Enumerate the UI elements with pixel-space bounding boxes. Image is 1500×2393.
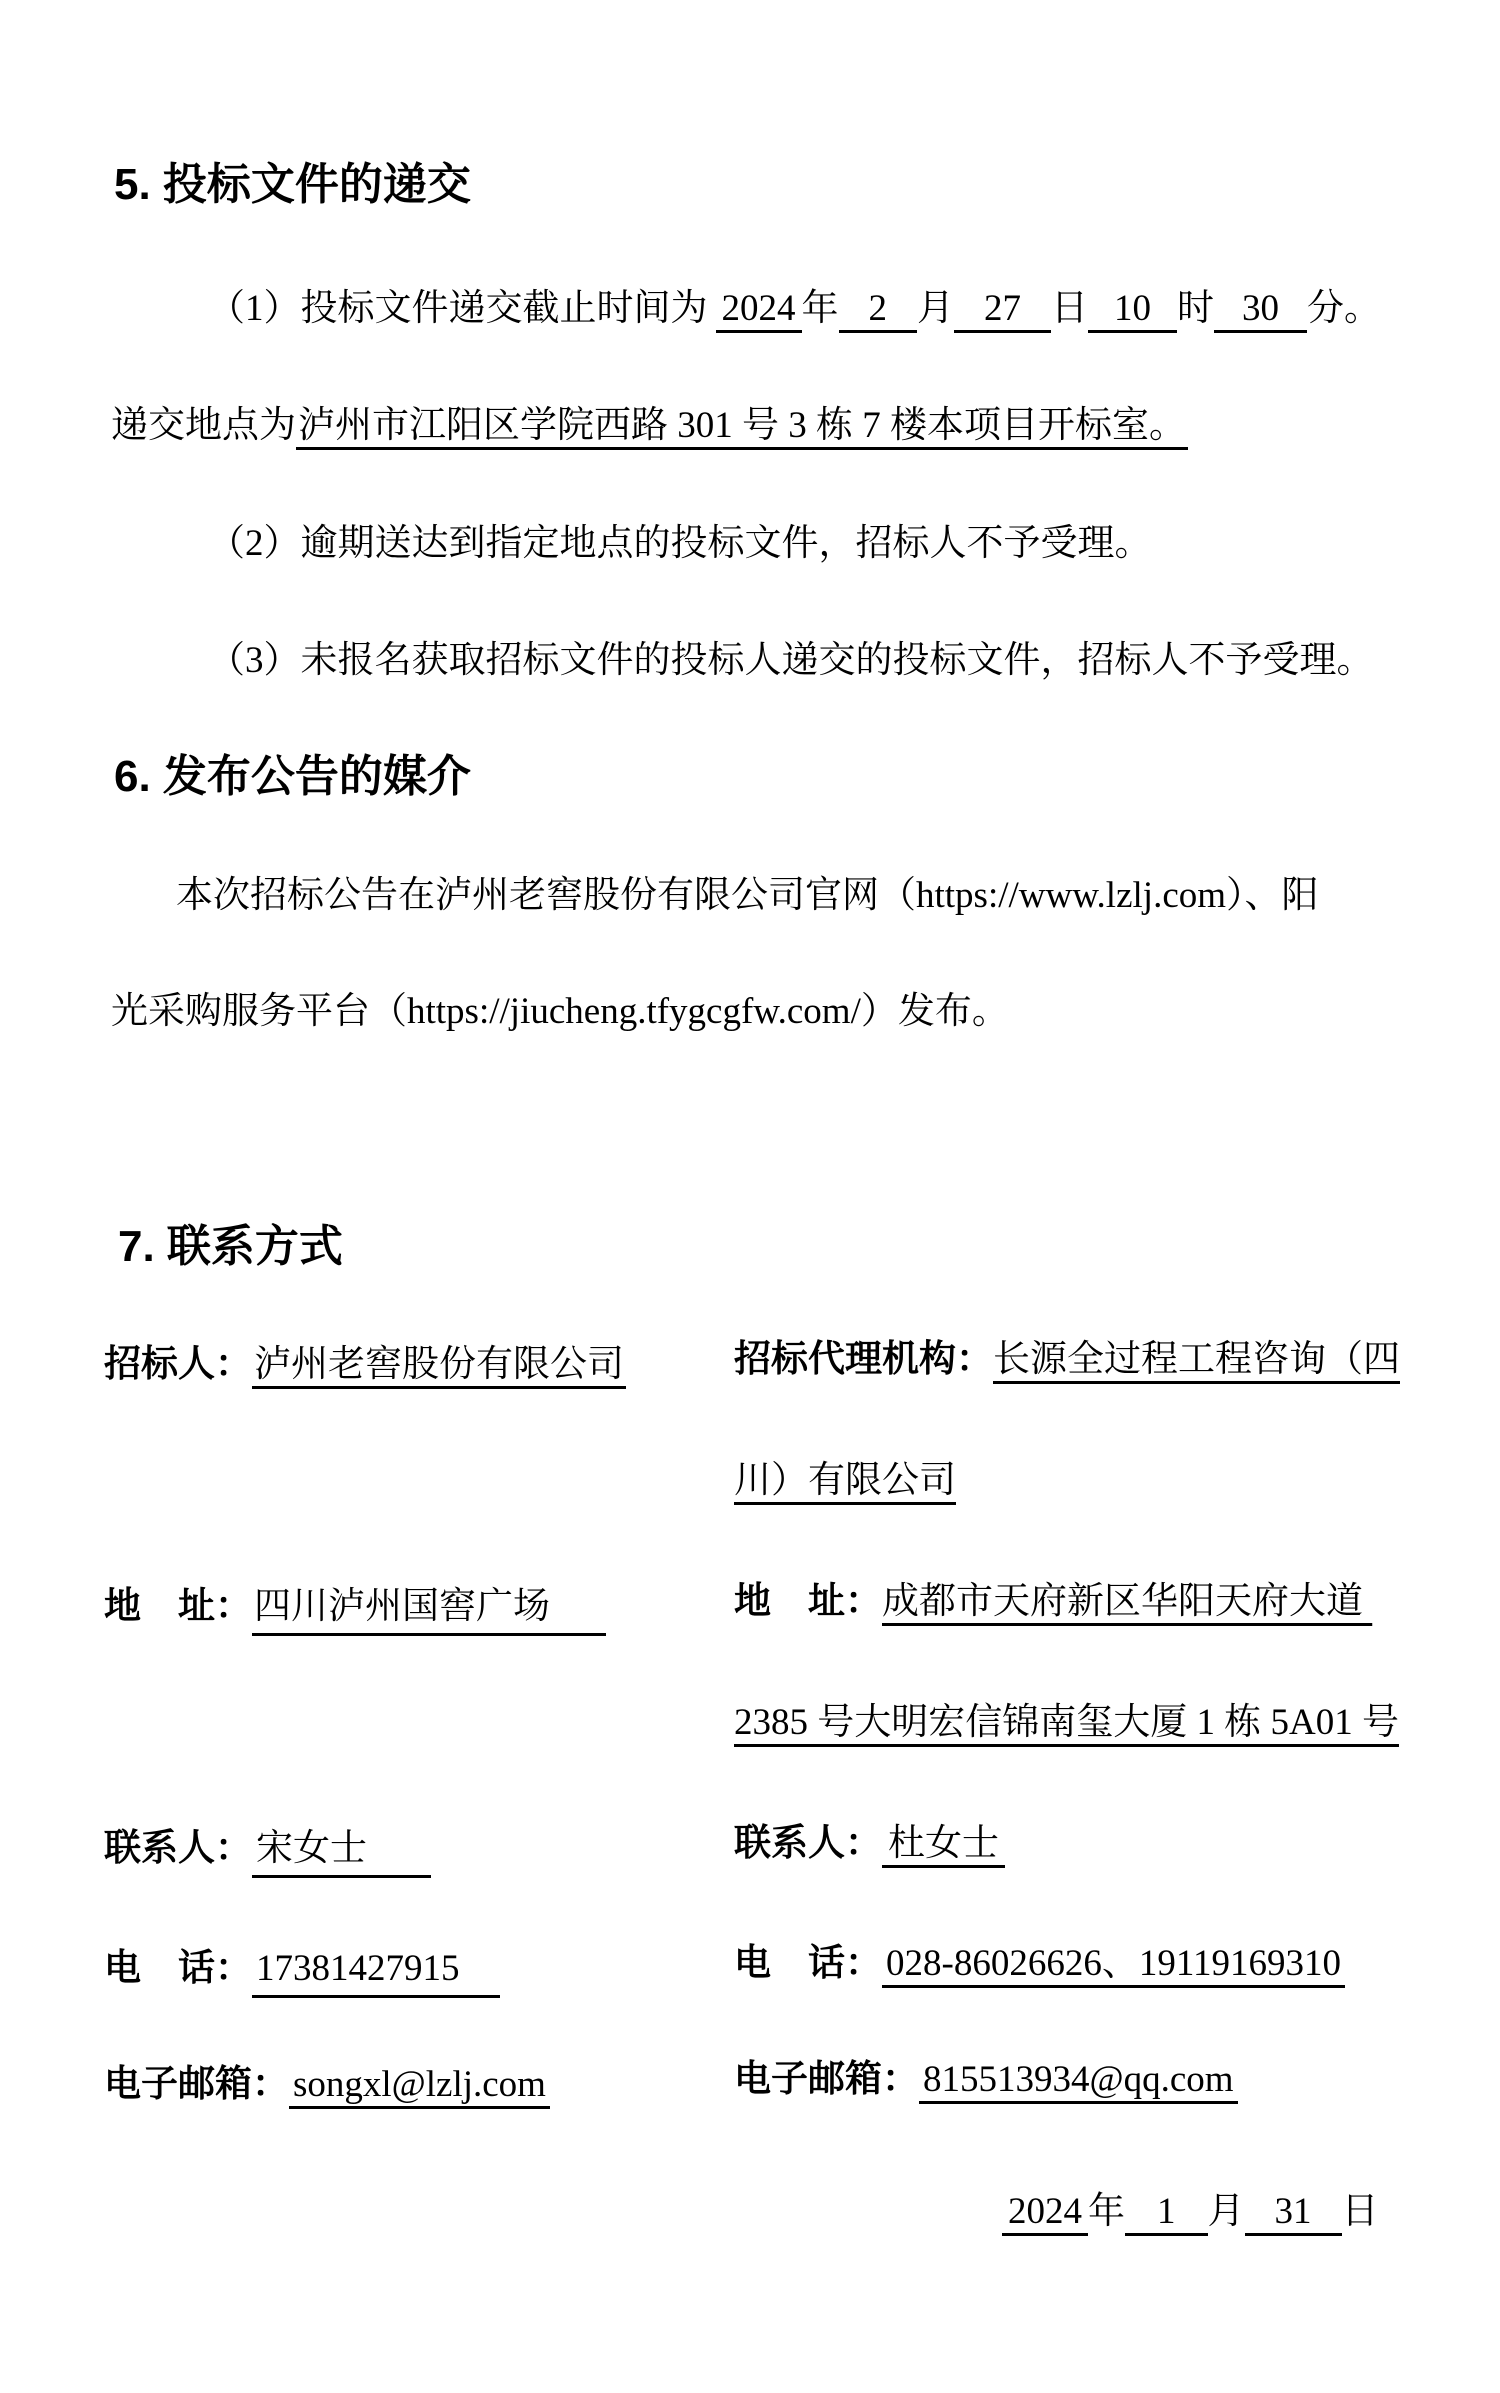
sign-date-year-unit: 年 bbox=[1088, 2191, 1125, 2232]
submission-place-value: 泸州市江阳区学院西路 301 号 3 栋 7 楼本项目开标室。 bbox=[296, 406, 1188, 450]
agency-address-label: 地 址： bbox=[734, 1580, 882, 1621]
bidder-address-label: 地 址： bbox=[104, 1585, 252, 1626]
bidder-email-label: 电子邮箱： bbox=[104, 2063, 289, 2104]
section5-item1-line2: 递交地点为泸州市江阳区学院西路 301 号 3 栋 7 楼本项目开标室。 bbox=[111, 402, 1188, 450]
bidder-contact-value: 宋女士 bbox=[252, 1829, 431, 1878]
agency-row: 招标代理机构：长源全过程工程咨询（四川）有限公司 bbox=[734, 1298, 1424, 1541]
section6-para-line2: 光采购服务平台（https://jiucheng.tfygcgfw.com/）发… bbox=[111, 988, 1009, 1036]
agency-contact-row: 联系人：杜女士 bbox=[734, 1782, 1424, 1904]
agency-phone-value: 028-86026626、19119169310 bbox=[882, 1944, 1345, 1988]
section5-item2: （2）逾期送达到指定地点的投标文件，招标人不予受理。 bbox=[208, 520, 1152, 568]
agency-label: 招标代理机构： bbox=[734, 1338, 993, 1379]
deadline-year-unit: 年 bbox=[802, 288, 839, 329]
deadline-prefix: （1）投标文件递交截止时间为 bbox=[208, 288, 708, 329]
bidder-value: 泸州老窖股份有限公司 bbox=[252, 1345, 626, 1389]
section6-heading: 6. 发布公告的媒介 bbox=[114, 752, 471, 803]
agency-email-row: 电子邮箱：815513934@qq.com bbox=[734, 2018, 1424, 2140]
sign-date-day-unit: 日 bbox=[1342, 2191, 1379, 2232]
deadline-day-blank: 27 bbox=[954, 289, 1051, 333]
deadline-hour-unit: 时 bbox=[1177, 288, 1214, 329]
deadline-month-unit: 月 bbox=[917, 288, 954, 329]
deadline-minute-blank: 30 bbox=[1214, 289, 1307, 333]
deadline-year-blank: 2024 bbox=[716, 289, 802, 333]
section5-item3: （3）未报名获取招标文件的投标人递交的投标文件，招标人不予受理。 bbox=[208, 637, 1374, 685]
document-page: 5. 投标文件的递交 （1）投标文件递交截止时间为2024年2月27日10时30… bbox=[0, 0, 1500, 2393]
sign-date-year-blank: 2024 bbox=[1002, 2192, 1088, 2236]
deadline-minute-unit: 分。 bbox=[1307, 288, 1381, 329]
agency-email-value: 815513934@qq.com bbox=[919, 2060, 1238, 2104]
bidder-email-value: songxl@lzlj.com bbox=[289, 2065, 550, 2109]
sign-date-day-blank: 31 bbox=[1245, 2192, 1342, 2236]
bidder-address-value: 四川泸州国窖广场 bbox=[252, 1587, 606, 1636]
bidder-label: 招标人： bbox=[104, 1343, 252, 1384]
agency-email-label: 电子邮箱： bbox=[734, 2058, 919, 2099]
section5-heading: 5. 投标文件的递交 bbox=[114, 160, 471, 211]
bidder-email-row: 电子邮箱：songxl@lzlj.com bbox=[104, 2060, 550, 2109]
sign-date-month-blank: 1 bbox=[1125, 2192, 1208, 2236]
bidder-phone-row: 电 话：17381427915 bbox=[104, 1944, 500, 1998]
agency-phone-label: 电 话： bbox=[734, 1942, 882, 1983]
agency-phone-row: 电 话：028-86026626、19119169310 bbox=[734, 1902, 1424, 2024]
section6-para-line1: 本次招标公告在泸州老窖股份有限公司官网（https://www.lzlj.com… bbox=[176, 872, 1319, 920]
bidder-phone-value: 17381427915 bbox=[252, 1949, 500, 1998]
agency-contact-label: 联系人： bbox=[734, 1822, 882, 1863]
section7-heading: 7. 联系方式 bbox=[118, 1222, 343, 1273]
bidder-contact-row: 联系人：宋女士 bbox=[104, 1824, 431, 1878]
sign-date-month-unit: 月 bbox=[1208, 2191, 1245, 2232]
bidder-phone-label: 电 话： bbox=[104, 1947, 252, 1988]
bidder-contact-label: 联系人： bbox=[104, 1827, 252, 1868]
submission-place-prefix: 递交地点为 bbox=[111, 405, 296, 446]
agency-address-row: 地 址：成都市天府新区华阳天府大道 2385 号大明宏信锦南玺大厦 1 栋 5A… bbox=[734, 1540, 1424, 1783]
deadline-month-blank: 2 bbox=[839, 289, 918, 333]
bidder-row: 招标人：泸州老窖股份有限公司 bbox=[104, 1340, 626, 1389]
sign-date-row: 2024年1月31日 bbox=[1002, 2188, 1379, 2236]
deadline-day-unit: 日 bbox=[1051, 288, 1088, 329]
deadline-hour-blank: 10 bbox=[1088, 289, 1177, 333]
agency-contact-value: 杜女士 bbox=[882, 1824, 1005, 1868]
section5-item1-line1: （1）投标文件递交截止时间为2024年2月27日10时30分。 bbox=[208, 285, 1381, 333]
bidder-address-row: 地 址：四川泸州国窖广场 bbox=[104, 1582, 606, 1636]
